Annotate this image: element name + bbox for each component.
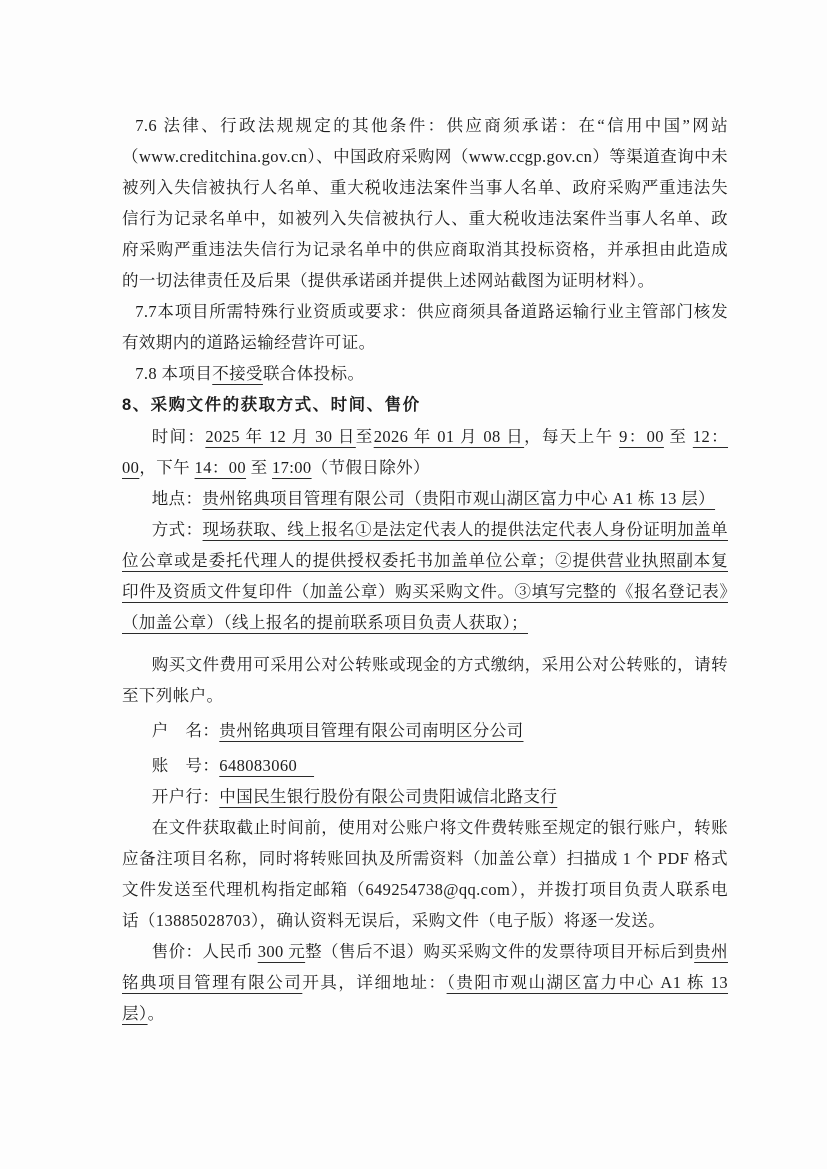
underlined-text-run: 9：00 [619, 427, 664, 446]
underlined-text-run: 贵州铭典项目管理有限公司（贵阳市观山湖区富力中心 A1 栋 13 层） [202, 489, 715, 508]
text-run: 开具，详细地址： [302, 973, 446, 992]
document-page: 7.6 法律、行政法规规定的其他条件：供应商须承诺：在“信用中国”网站（www.… [0, 0, 827, 1169]
text-run: 联合体投标。 [263, 364, 364, 383]
text-run: 7.6 法律、行政法规规定的其他条件：供应商须承诺：在“信用中国”网站（www.… [122, 116, 728, 290]
location-paragraph: 地点：贵州铭典项目管理有限公司（贵阳市观山湖区富力中心 A1 栋 13 层） [122, 483, 728, 514]
underlined-text-run: 300 元 [258, 942, 305, 961]
text-run: 至 [246, 458, 272, 477]
account-number-line: 账 号：648083060 [122, 750, 728, 781]
underlined-text-run: 中国民生银行股份有限公司贵阳诚信北路支行 [219, 787, 557, 806]
clause-7-6: 7.6 法律、行政法规规定的其他条件：供应商须承诺：在“信用中国”网站（www.… [122, 110, 728, 296]
transfer-instructions-paragraph: 在文件获取截止时间前，使用对公账户将文件费转账至规定的银行账户，转账应备注项目名… [122, 812, 728, 936]
underlined-text-run: 14：00 [195, 458, 247, 477]
text-run: 售价：人民币 [152, 942, 258, 961]
text-run: 至 [356, 427, 374, 446]
text-run: 地点： [152, 489, 203, 508]
text-run: （节假日除外） [312, 458, 430, 477]
time-paragraph: 时间：2025 年 12 月 30 日至2026 年 01 月 08 日，每天上… [122, 421, 728, 483]
section-8-heading: 8、采购文件的获取方式、时间、售价 [122, 389, 728, 421]
text-run: 账 号： [152, 756, 220, 775]
text-run: 时间： [152, 427, 206, 446]
text-run: 整（售后不退）购买采购文件的发票待项目开标后到 [305, 942, 694, 961]
text-run: 方式： [152, 520, 203, 539]
text-run: 户 名： [152, 721, 220, 740]
text-run: 在文件获取截止时间前，使用对公账户将文件费转账至规定的银行账户，转账应备注项目名… [122, 818, 728, 930]
text-run: 至 [664, 427, 693, 446]
account-name-line: 户 名：贵州铭典项目管理有限公司南明区分公司 [122, 715, 728, 746]
price-paragraph: 售价：人民币 300 元整（售后不退）购买采购文件的发票待项目开标后到贵州铭典项… [122, 936, 728, 1029]
payment-note-paragraph: 购买文件费用可采用公对公转账或现金的方式缴纳，采用公对公转账的，请转至下列帐户。 [122, 649, 728, 711]
underlined-text-run: 648083060 [219, 756, 314, 775]
text-run: 7.7本项目所需特殊行业资质或要求：供应商须具备道路运输行业主管部门核发有效期内… [122, 302, 728, 352]
underlined-text-run: 2026 年 01 月 08 日 [374, 427, 524, 446]
text-run: 购买文件费用可采用公对公转账或现金的方式缴纳，采用公对公转账的，请转至下列帐户。 [122, 655, 728, 705]
method-paragraph: 方式：现场获取、线上报名①是法定代表人的提供法定代表人身份证明加盖单位公章或是委… [122, 514, 728, 638]
underlined-text-run: 贵州铭典项目管理有限公司南明区分公司 [219, 721, 523, 740]
underlined-text-run: 现场获取、线上报名①是法定代表人的提供法定代表人身份证明加盖单位公章或是委托代理… [122, 520, 728, 632]
underlined-text-run: 2025 年 12 月 30 日 [205, 427, 355, 446]
text-run: 7.8 本项目 [135, 364, 212, 383]
bank-line: 开户行：中国民生银行股份有限公司贵阳诚信北路支行 [122, 781, 728, 812]
clause-7-8: 7.8 本项目不接受联合体投标。 [122, 358, 728, 389]
text-run: 8、采购文件的获取方式、时间、售价 [122, 396, 421, 414]
document-body: 7.6 法律、行政法规规定的其他条件：供应商须承诺：在“信用中国”网站（www.… [122, 110, 728, 1029]
text-run: ，下午 [139, 458, 194, 477]
text-run: 开户行： [152, 787, 220, 806]
underlined-text-run: 17:00 [272, 458, 312, 477]
text-run: 。 [148, 1004, 165, 1023]
clause-7-7: 7.7本项目所需特殊行业资质或要求：供应商须具备道路运输行业主管部门核发有效期内… [122, 296, 728, 358]
text-run: ，每天上午 [524, 427, 619, 446]
underlined-text-run: 不接受 [212, 364, 263, 383]
